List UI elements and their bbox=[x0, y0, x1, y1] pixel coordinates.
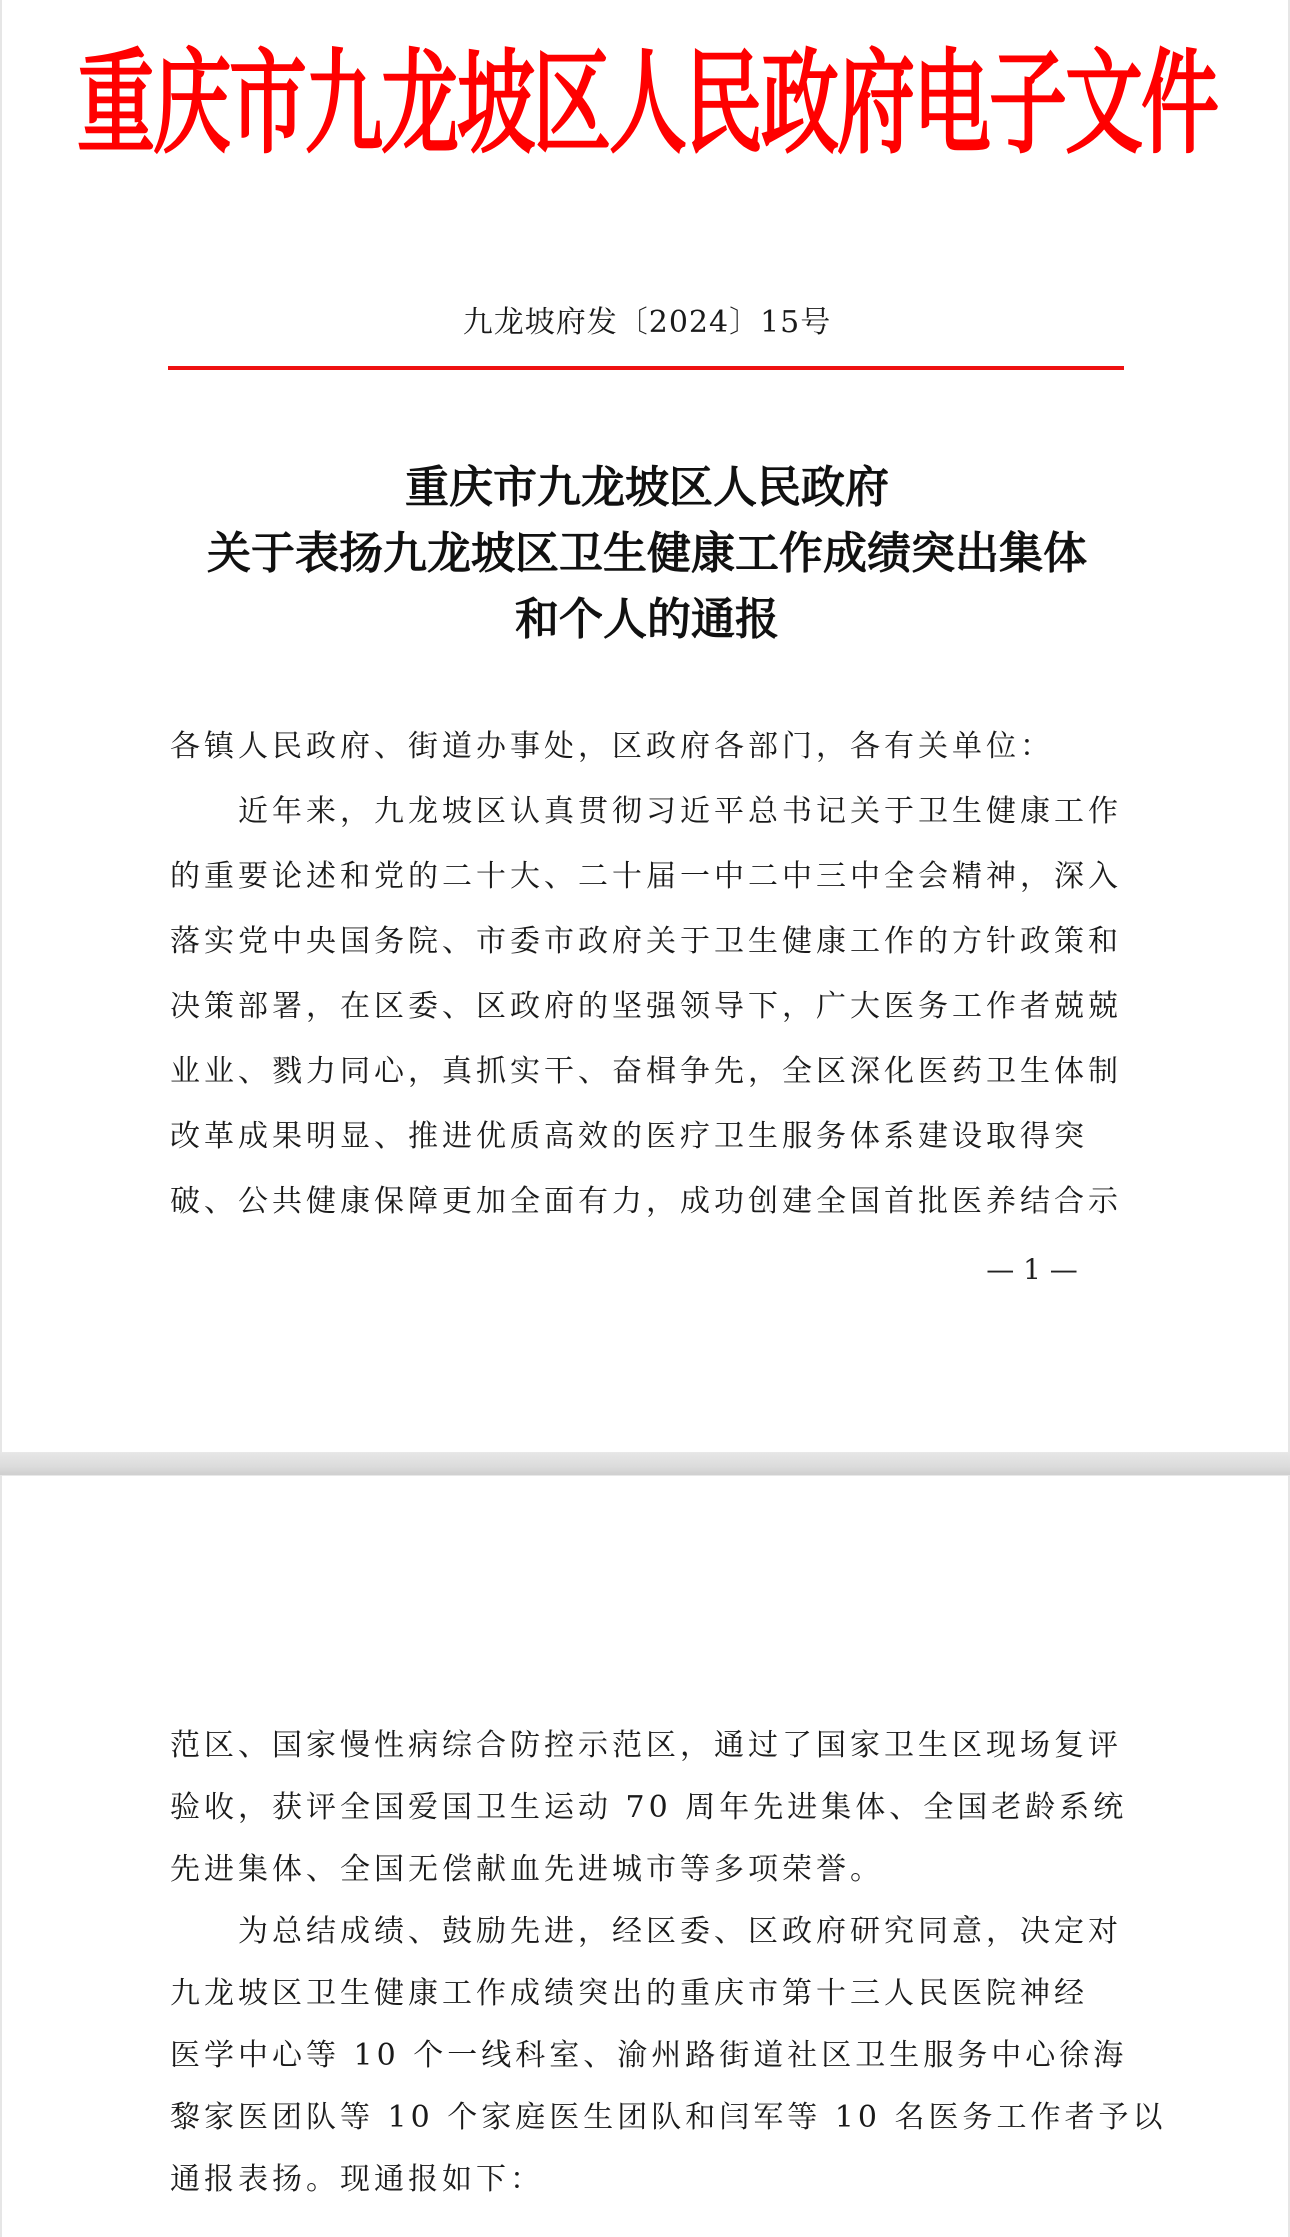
title-line-1: 重庆市九龙坡区人民政府 bbox=[152, 455, 1142, 521]
paragraph-line: 改革成果明显、推进优质高效的医疗卫生服务体系建设取得突 bbox=[170, 1104, 1130, 1169]
document-title: 重庆市九龙坡区人民政府 关于表扬九龙坡区卫生健康工作成绩突出集体 和个人的通报 bbox=[152, 455, 1142, 653]
paragraph-line: 医学中心等 10 个一线科室、渝州路街道社区卫生服务中心徐海 bbox=[170, 2025, 1130, 2087]
document-page-1: 重庆市九龙坡区人民政府电子文件 九龙坡府发〔2024〕15号 重庆市九龙坡区人民… bbox=[0, 0, 1290, 1453]
document-page-2: 范区、国家慢性病综合防控示范区，通过了国家卫生区现场复评 验收，获评全国爱国卫生… bbox=[0, 1475, 1290, 2237]
red-divider-rule bbox=[168, 366, 1124, 370]
paragraph-line: 九龙坡区卫生健康工作成绩突出的重庆市第十三人民医院神经 bbox=[170, 1963, 1130, 2025]
paragraph-line: 决策部署，在区委、区政府的坚强领导下，广大医务工作者兢兢 bbox=[170, 974, 1130, 1039]
salutation: 各镇人民政府、街道办事处，区政府各部门，各有关单位： bbox=[170, 714, 1130, 779]
paragraph-line: 范区、国家慢性病综合防控示范区，通过了国家卫生区现场复评 bbox=[170, 1715, 1130, 1777]
title-line-3: 和个人的通报 bbox=[152, 587, 1142, 653]
body-text-page-2: 范区、国家慢性病综合防控示范区，通过了国家卫生区现场复评 验收，获评全国爱国卫生… bbox=[170, 1715, 1130, 2211]
paragraph-line: 先进集体、全国无偿献血先进城市等多项荣誉。 bbox=[170, 1839, 1130, 1901]
paragraph-line: 业业、戮力同心，真抓实干、奋楫争先，全区深化医药卫生体制 bbox=[170, 1039, 1130, 1104]
paragraph-line: 为总结成绩、鼓励先进，经区委、区政府研究同意，决定对 bbox=[170, 1901, 1130, 1963]
page-number: — 1 — bbox=[962, 1250, 1102, 1290]
paragraph-line: 近年来，九龙坡区认真贯彻习近平总书记关于卫生健康工作 bbox=[170, 779, 1130, 844]
issuer-header-title: 重庆市九龙坡区人民政府电子文件 bbox=[2, 11, 1290, 200]
paragraph-line: 黎家医团队等 10 个家庭医生团队和闫军等 10 名医务工作者予以 bbox=[170, 2087, 1130, 2149]
document-number: 九龙坡府发〔2024〕15号 bbox=[2, 300, 1290, 346]
paragraph-line: 落实党中央国务院、市委市政府关于卫生健康工作的方针政策和 bbox=[170, 909, 1130, 974]
paragraph-line: 的重要论述和党的二十大、二十届一中二中三中全会精神，深入 bbox=[170, 844, 1130, 909]
paragraph-line: 验收，获评全国爱国卫生运动 70 周年先进集体、全国老龄系统 bbox=[170, 1777, 1130, 1839]
paragraph-line: 通报表扬。现通报如下： bbox=[170, 2149, 1130, 2211]
paragraph-line: 破、公共健康保障更加全面有力，成功创建全国首批医养结合示 bbox=[170, 1169, 1130, 1234]
title-line-2: 关于表扬九龙坡区卫生健康工作成绩突出集体 bbox=[152, 521, 1142, 587]
page-separator bbox=[0, 1453, 1290, 1475]
body-text-page-1: 各镇人民政府、街道办事处，区政府各部门，各有关单位： 近年来，九龙坡区认真贯彻习… bbox=[170, 714, 1130, 1234]
